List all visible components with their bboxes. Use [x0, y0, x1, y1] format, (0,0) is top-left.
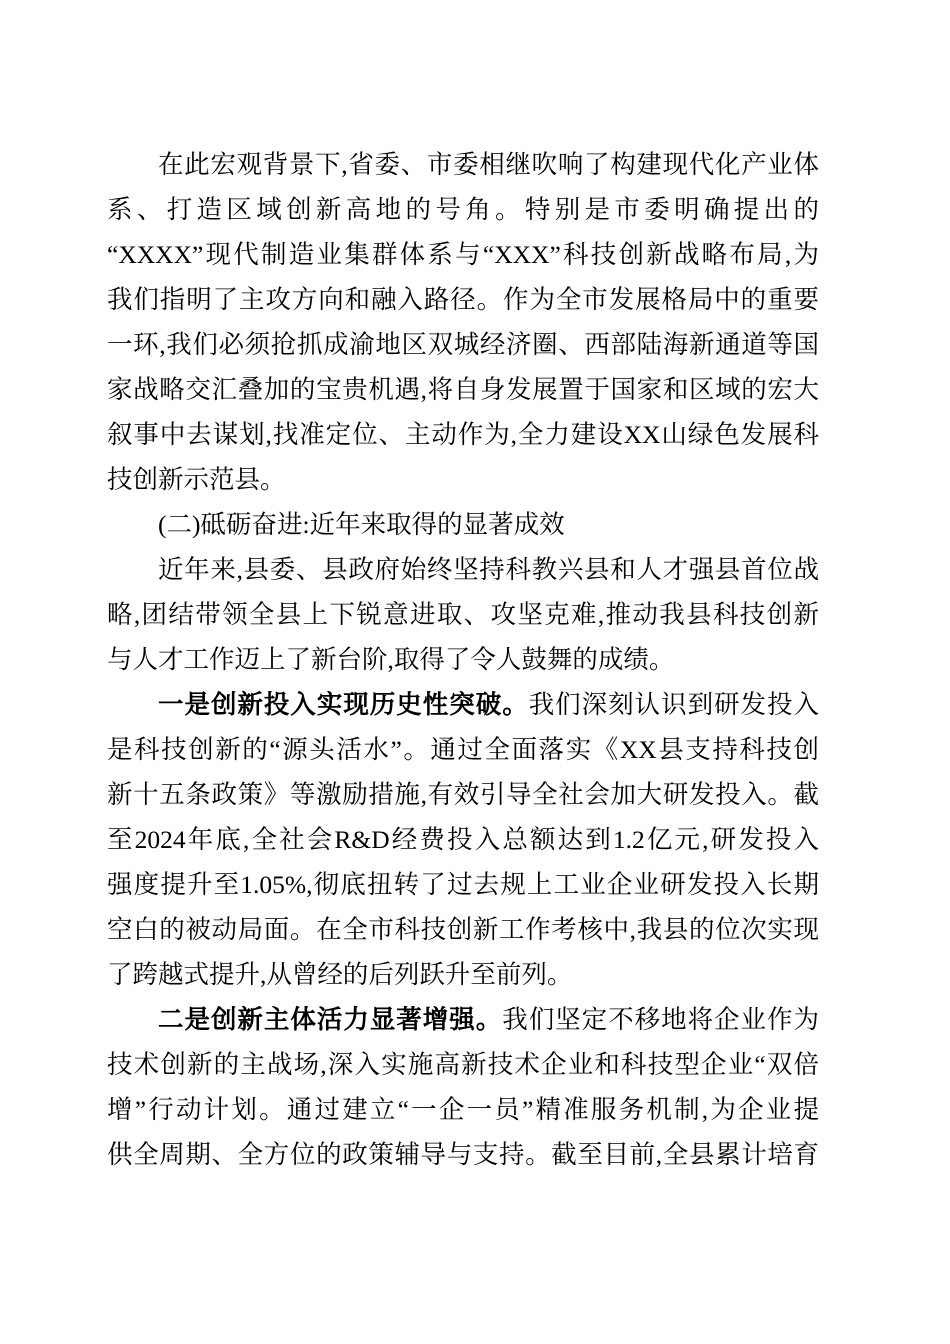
text-run: 我们深刻认识到研发投入: [529, 690, 819, 719]
text-run: 至2024年底,全社会R&D经费投入总额达到1.2亿元,研发投入: [107, 825, 819, 854]
text-line: 与人才工作迈上了新台阶,取得了令人鼓舞的成绩。: [107, 637, 819, 682]
text-run: 强度提升至1.05%,彻底扭转了过去规上工业企业研发投入长期: [107, 870, 819, 899]
text-run: 家战略交汇叠加的宝贵机遇,将自身发展置于国家和区域的宏大: [107, 375, 819, 404]
text-run: 是科技创新的“源头活水”。通过全面落实《XX县支持科技创: [107, 735, 819, 764]
text-line: 在此宏观背景下,省委、市委相继吹响了构建现代化产业体: [107, 142, 819, 187]
text-line: 是科技创新的“源头活水”。通过全面落实《XX县支持科技创: [107, 727, 819, 772]
text-run: (二)砥砺奋进:近年来取得的显著成效: [158, 510, 565, 539]
text-line: 一环,我们必须抢抓成渝地区双城经济圈、西部陆海新通道等国: [107, 322, 819, 367]
text-run: 增”行动计划。通过建立“一企一员”精准服务机制,为企业提: [107, 1095, 819, 1124]
text-run: 我们坚定不移地将企业作为: [502, 1005, 819, 1034]
text-line: 技创新示范县。: [107, 457, 819, 502]
text-line: 增”行动计划。通过建立“一企一员”精准服务机制,为企业提: [107, 1087, 819, 1132]
text-line: 二是创新主体活力显著增强。我们坚定不移地将企业作为: [107, 997, 819, 1042]
text-line: 近年来,县委、县政府始终坚持科教兴县和人才强县首位战: [107, 547, 819, 592]
text-run: 新十五条政策》等激励措施,有效引导全社会加大研发投入。截: [107, 780, 819, 809]
text-line: 了跨越式提升,从曾经的后列跃升至前列。: [107, 952, 819, 997]
text-run: 了跨越式提升,从曾经的后列跃升至前列。: [107, 960, 572, 989]
text-run: 技术创新的主战场,深入实施高新技术企业和科技型企业“双倍: [107, 1050, 819, 1079]
text-run: 空白的被动局面。在全市科技创新工作考核中,我县的位次实现: [107, 915, 819, 944]
bold-lead-text-run: 二是创新主体活力显著增强。: [158, 1005, 502, 1034]
text-run: 与人才工作迈上了新台阶,取得了令人鼓舞的成绩。: [107, 645, 674, 674]
text-line: 一是创新投入实现历史性突破。我们深刻认识到研发投入: [107, 682, 819, 727]
bold-lead-text-run: 一是创新投入实现历史性突破。: [158, 690, 529, 719]
section-heading-line: (二)砥砺奋进:近年来取得的显著成效: [107, 502, 819, 547]
text-line: 至2024年底,全社会R&D经费投入总额达到1.2亿元,研发投入: [107, 817, 819, 862]
text-run: 在此宏观背景下,省委、市委相继吹响了构建现代化产业体: [158, 150, 819, 179]
text-run: 系、打造区域创新高地的号角。特别是市委明确提出的: [107, 195, 819, 224]
text-run: 技创新示范县。: [107, 465, 286, 494]
text-line: 家战略交汇叠加的宝贵机遇,将自身发展置于国家和区域的宏大: [107, 367, 819, 412]
text-line: 供全周期、全方位的政策辅导与支持。截至目前,全县累计培育: [107, 1132, 819, 1177]
text-line: 我们指明了主攻方向和融入路径。作为全市发展格局中的重要: [107, 277, 819, 322]
text-line: 强度提升至1.05%,彻底扭转了过去规上工业企业研发投入长期: [107, 862, 819, 907]
document-page: 在此宏观背景下,省委、市委相继吹响了构建现代化产业体系、打造区域创新高地的号角。…: [0, 0, 950, 1344]
text-line: “XXXX”现代制造业集群体系与“XXX”科技创新战略布局,为: [107, 232, 819, 277]
text-run: “XXXX”现代制造业集群体系与“XXX”科技创新战略布局,为: [107, 240, 819, 269]
text-run: 叙事中去谋划,找准定位、主动作为,全力建设XX山绿色发展科: [107, 420, 819, 449]
text-run: 略,团结带领全县上下锐意进取、攻坚克难,推动我县科技创新: [107, 600, 819, 629]
text-line: 略,团结带领全县上下锐意进取、攻坚克难,推动我县科技创新: [107, 592, 819, 637]
text-line: 系、打造区域创新高地的号角。特别是市委明确提出的: [107, 187, 819, 232]
text-line: 技术创新的主战场,深入实施高新技术企业和科技型企业“双倍: [107, 1042, 819, 1087]
text-run: 近年来,县委、县政府始终坚持科教兴县和人才强县首位战: [158, 555, 819, 584]
text-line: 空白的被动局面。在全市科技创新工作考核中,我县的位次实现: [107, 907, 819, 952]
text-run: 一环,我们必须抢抓成渝地区双城经济圈、西部陆海新通道等国: [107, 330, 819, 359]
text-line: 新十五条政策》等激励措施,有效引导全社会加大研发投入。截: [107, 772, 819, 817]
text-run: 供全周期、全方位的政策辅导与支持。截至目前,全县累计培育: [107, 1140, 819, 1169]
text-run: 我们指明了主攻方向和融入路径。作为全市发展格局中的重要: [107, 285, 819, 314]
document-text-block: 在此宏观背景下,省委、市委相继吹响了构建现代化产业体系、打造区域创新高地的号角。…: [107, 142, 819, 1177]
text-line: 叙事中去谋划,找准定位、主动作为,全力建设XX山绿色发展科: [107, 412, 819, 457]
